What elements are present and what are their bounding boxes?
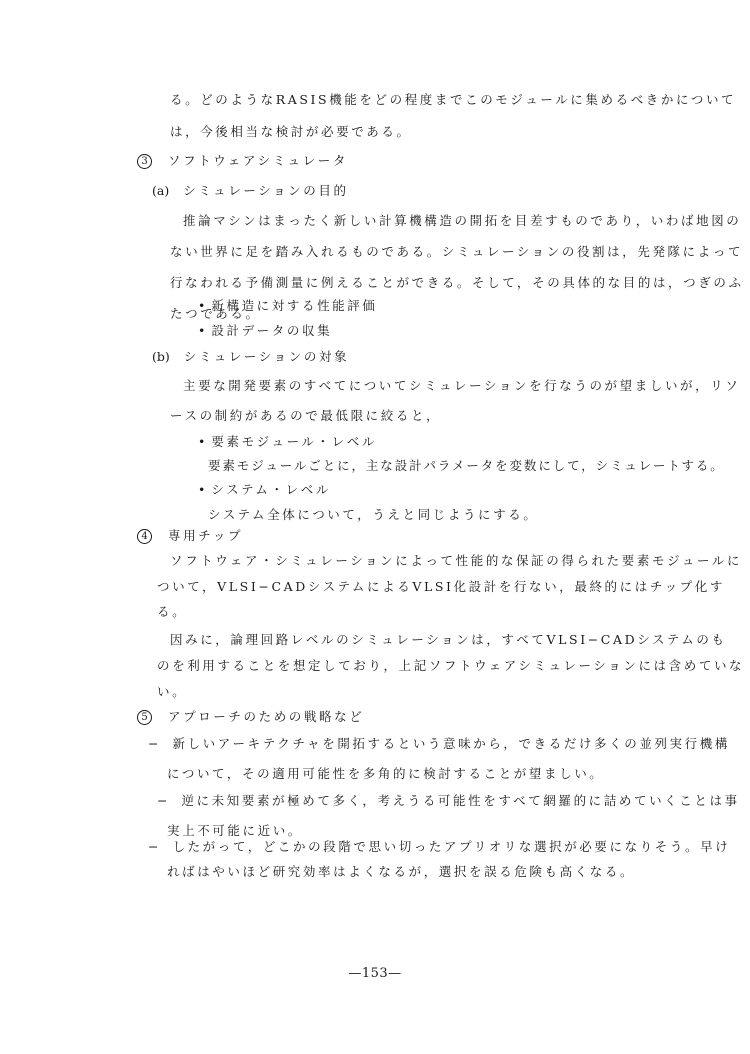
section-title: 専用チップ xyxy=(168,528,243,543)
dash-item: −逆に未知要素が極めて多く，考えうる可能性をすべて網羅的に詰めていくことは事 xyxy=(157,793,740,809)
dash-icon: − xyxy=(157,793,167,809)
dash-item: −新しいアーキテクチャを開拓するという意味から，できるだけ多くの並列実行機構 xyxy=(148,736,730,752)
bullet-icon: • xyxy=(198,298,205,313)
dash-icon: − xyxy=(148,839,158,855)
bullet-icon: • xyxy=(198,434,205,449)
subsection-heading-b: (b)シミュレーションの対象 xyxy=(152,349,349,365)
text-line: について，その適用可能性を多角的に検討することが望ましい。 xyxy=(167,766,604,782)
bullet-item: •新構造に対する性能評価 xyxy=(198,298,377,314)
text-line: 主要な開発要素のすべてについてシミュレーションを行なうのが望ましいが，リソ xyxy=(183,378,740,394)
subsection-title: シミュレーションの目的 xyxy=(183,183,348,198)
text-line: ない世界に足を踏み入れるものである。シミュレーションの役割は，先発隊によって xyxy=(170,244,743,260)
text-line: 行なわれる予備測量に例えることができる。そして，その具体的な目的は，つぎのふ xyxy=(170,275,744,291)
bullet-item: •システム・レベル xyxy=(198,482,331,498)
subsection-title: シミュレーションの対象 xyxy=(184,349,349,364)
text-line: システム全体について，うえと同じようにする。 xyxy=(208,507,538,523)
circled-number-4: 4 xyxy=(137,529,152,544)
text-line: ースの制約があるので最低限に絞ると， xyxy=(170,408,441,424)
section-title: アプローチのための戦略など xyxy=(168,709,364,724)
text-line: る。 xyxy=(157,604,187,620)
section-heading-4: 4専用チップ xyxy=(137,528,243,544)
text-line: 推論マシンはまったく新しい計算機構造の開拓を目差すものであり，いわば地図の xyxy=(183,213,741,229)
text-line: ソフトウェア・シミュレーションによって性能的な保証の得られた要素モジュールに xyxy=(170,553,742,569)
text-line: は，今後相当な検討が必要である。 xyxy=(170,124,412,140)
text-line: ついて，VLSI−CADシステムによるVLSI化設計を行ない，最終的にはチップ化… xyxy=(157,579,725,595)
page-number: —153— xyxy=(0,966,750,981)
circled-number-3: 3 xyxy=(137,154,152,169)
section-heading-5: 5アプローチのための戦略など xyxy=(137,709,364,725)
text-line: のを利用することを想定しており，上記ソフトウェアシミュレーションには含めていな xyxy=(157,658,744,674)
circled-number-5: 5 xyxy=(137,710,152,725)
subsection-label: (b) xyxy=(152,349,170,365)
text-line: い。 xyxy=(157,684,187,700)
text-line: 因みに，論理回路レベルのシミュレーションは，すべてVLSI−CADシステムのも xyxy=(170,632,727,648)
dash-item: −したがって，どこかの段階で思い切ったアプリオリな選択が必要になりそう。早け xyxy=(148,839,730,855)
text-line: 実上不可能に近い。 xyxy=(167,823,303,839)
text-line: る。どのようなRASIS機能をどの程度までこのモジュールに集めるべきかについて xyxy=(170,92,736,108)
text-line: ればはやいほど研究効率はよくなるが，選択を誤る危険も高くなる。 xyxy=(167,864,635,880)
section-title: ソフトウェアシミュレータ xyxy=(168,153,348,168)
bullet-icon: • xyxy=(198,482,205,497)
subsection-heading-a: (a)シミュレーションの目的 xyxy=(152,183,349,199)
text-line: 要素モジュールごとに，主な設計パラメータを変数にして，シミュレートする。 xyxy=(208,458,725,474)
dash-icon: − xyxy=(148,736,158,752)
bullet-item: •要素モジュール・レベル xyxy=(198,434,377,450)
subsection-label: (a) xyxy=(152,183,169,199)
section-heading-3: 3ソフトウェアシミュレータ xyxy=(137,153,348,169)
bullet-icon: • xyxy=(198,323,205,338)
bullet-item: •設計データの収集 xyxy=(198,323,332,339)
